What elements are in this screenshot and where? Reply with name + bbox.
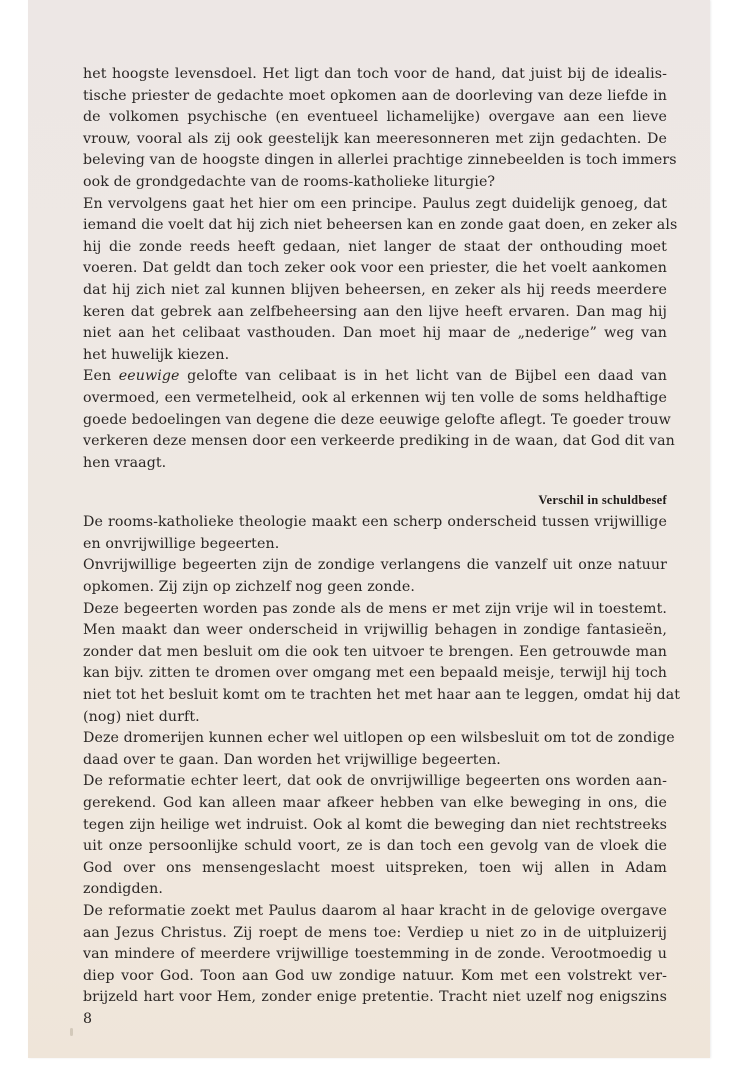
text-fragment: Een bbox=[83, 368, 119, 384]
page-number: 8 bbox=[83, 1009, 667, 1031]
text-line: En vervolgens gaat het hier om een princ… bbox=[83, 194, 667, 216]
text-line: Een eeuwige gelofte van celibaat is in h… bbox=[83, 366, 667, 388]
text-line: goede bedoelingen van degene die deze ee… bbox=[83, 410, 667, 432]
paragraph: De reformatie zoekt met Paulus daarom al… bbox=[83, 901, 667, 1009]
paragraph: het hoogste levensdoel. Het ligt dan toc… bbox=[83, 64, 667, 194]
paragraph: Een eeuwige gelofte van celibaat is in h… bbox=[83, 366, 667, 474]
text-line: aan Jezus Christus. Zij roept de mens to… bbox=[83, 923, 667, 945]
text-line: dat hij zich niet zal kunnen blijven beh… bbox=[83, 280, 667, 302]
text-line: niet aan het celibaat vasthouden. Dan mo… bbox=[83, 323, 667, 345]
paragraph: Deze dromerijen kunnen echer wel uitlope… bbox=[83, 728, 667, 771]
text-line: en onvrijwillige begeerten. bbox=[83, 534, 667, 556]
text-line: De reformatie zoekt met Paulus daarom al… bbox=[83, 901, 667, 923]
text-line: beleving van de hoogste dingen in allerl… bbox=[83, 150, 667, 172]
text-line: keren dat gebrek aan zelfbeheersing aan … bbox=[83, 302, 667, 324]
text-line: opkomen. Zij zijn op zichzelf nog geen z… bbox=[83, 577, 667, 599]
text-line: tegen zijn heilige wet indruist. Ook al … bbox=[83, 815, 667, 837]
page-content: het hoogste levensdoel. Het ligt dan toc… bbox=[83, 64, 667, 1031]
text-line: tische priester de gedachte moet opkomen… bbox=[83, 86, 667, 108]
text-line: zondigden. bbox=[83, 879, 667, 901]
text-line: uit onze persoonlijke schuld voort, ze i… bbox=[83, 836, 667, 858]
text-line: iemand die voelt dat hij zich niet behee… bbox=[83, 215, 667, 237]
text-line: het hoogste levensdoel. Het ligt dan toc… bbox=[83, 64, 667, 86]
text-line: hij die zonde reeds heeft gedaan, niet l… bbox=[83, 237, 667, 259]
emphasized-word: eeuwige bbox=[119, 368, 180, 384]
paragraph: Deze begeerten worden pas zonde als de m… bbox=[83, 599, 667, 729]
text-line: het huwelijk kiezen. bbox=[83, 345, 667, 367]
text-fragment: gelofte van celibaat is in het licht van… bbox=[180, 368, 667, 384]
text-line: verkeren deze mensen door een verkeerde … bbox=[83, 431, 667, 453]
text-line: niet tot het besluit komt om te trachten… bbox=[83, 685, 667, 707]
section-heading: Verschil in schuldbesef bbox=[83, 490, 667, 510]
book-page: het hoogste levensdoel. Het ligt dan toc… bbox=[28, 0, 710, 1058]
text-line: diep voor God. Toon aan God uw zondige n… bbox=[83, 966, 667, 988]
paragraph: En vervolgens gaat het hier om een princ… bbox=[83, 194, 667, 367]
text-line: overmoed, een vermetelheid, ook al erken… bbox=[83, 388, 667, 410]
text-line: Deze begeerten worden pas zonde als de m… bbox=[83, 599, 667, 621]
text-line: brijzeld hart voor Hem, zonder enige pre… bbox=[83, 987, 667, 1009]
text-line: zonder dat men besluit om die ook ten ui… bbox=[83, 642, 667, 664]
text-line: (nog) niet durft. bbox=[83, 707, 667, 729]
text-line: Men maakt dan weer onderscheid in vrijwi… bbox=[83, 620, 667, 642]
paragraph: De rooms-katholieke theologie maakt een … bbox=[83, 512, 667, 555]
text-line: ook de grondgedachte van de rooms-kathol… bbox=[83, 172, 667, 194]
text-line: de volkomen psychische (en eventueel lic… bbox=[83, 107, 667, 129]
text-line: God over ons mensengeslacht moest uitspr… bbox=[83, 858, 667, 880]
text-line: Deze dromerijen kunnen echer wel uitlope… bbox=[83, 728, 667, 750]
paragraph: De reformatie echter leert, dat ook de o… bbox=[83, 771, 667, 901]
text-line: hen vraagt. bbox=[83, 453, 667, 475]
paragraph: Onvrijwillige begeerten zijn de zondige … bbox=[83, 555, 667, 598]
text-line: gerekend. God kan alleen maar afkeer heb… bbox=[83, 793, 667, 815]
text-line: De rooms-katholieke theologie maakt een … bbox=[83, 512, 667, 534]
text-line: van mindere of meerdere vrijwillige toes… bbox=[83, 944, 667, 966]
text-line: kan bijv. zitten te dromen over omgang m… bbox=[83, 663, 667, 685]
text-line: voeren. Dat geldt dan toch zeker ook voo… bbox=[83, 258, 667, 280]
text-line: vrouw, vooral als zij ook geestelijk kan… bbox=[83, 129, 667, 151]
paper-smudge bbox=[70, 1028, 73, 1036]
text-line: daad over te gaan. Dan worden het vrijwi… bbox=[83, 750, 667, 772]
text-line: De reformatie echter leert, dat ook de o… bbox=[83, 771, 667, 793]
text-line: Onvrijwillige begeerten zijn de zondige … bbox=[83, 555, 667, 577]
